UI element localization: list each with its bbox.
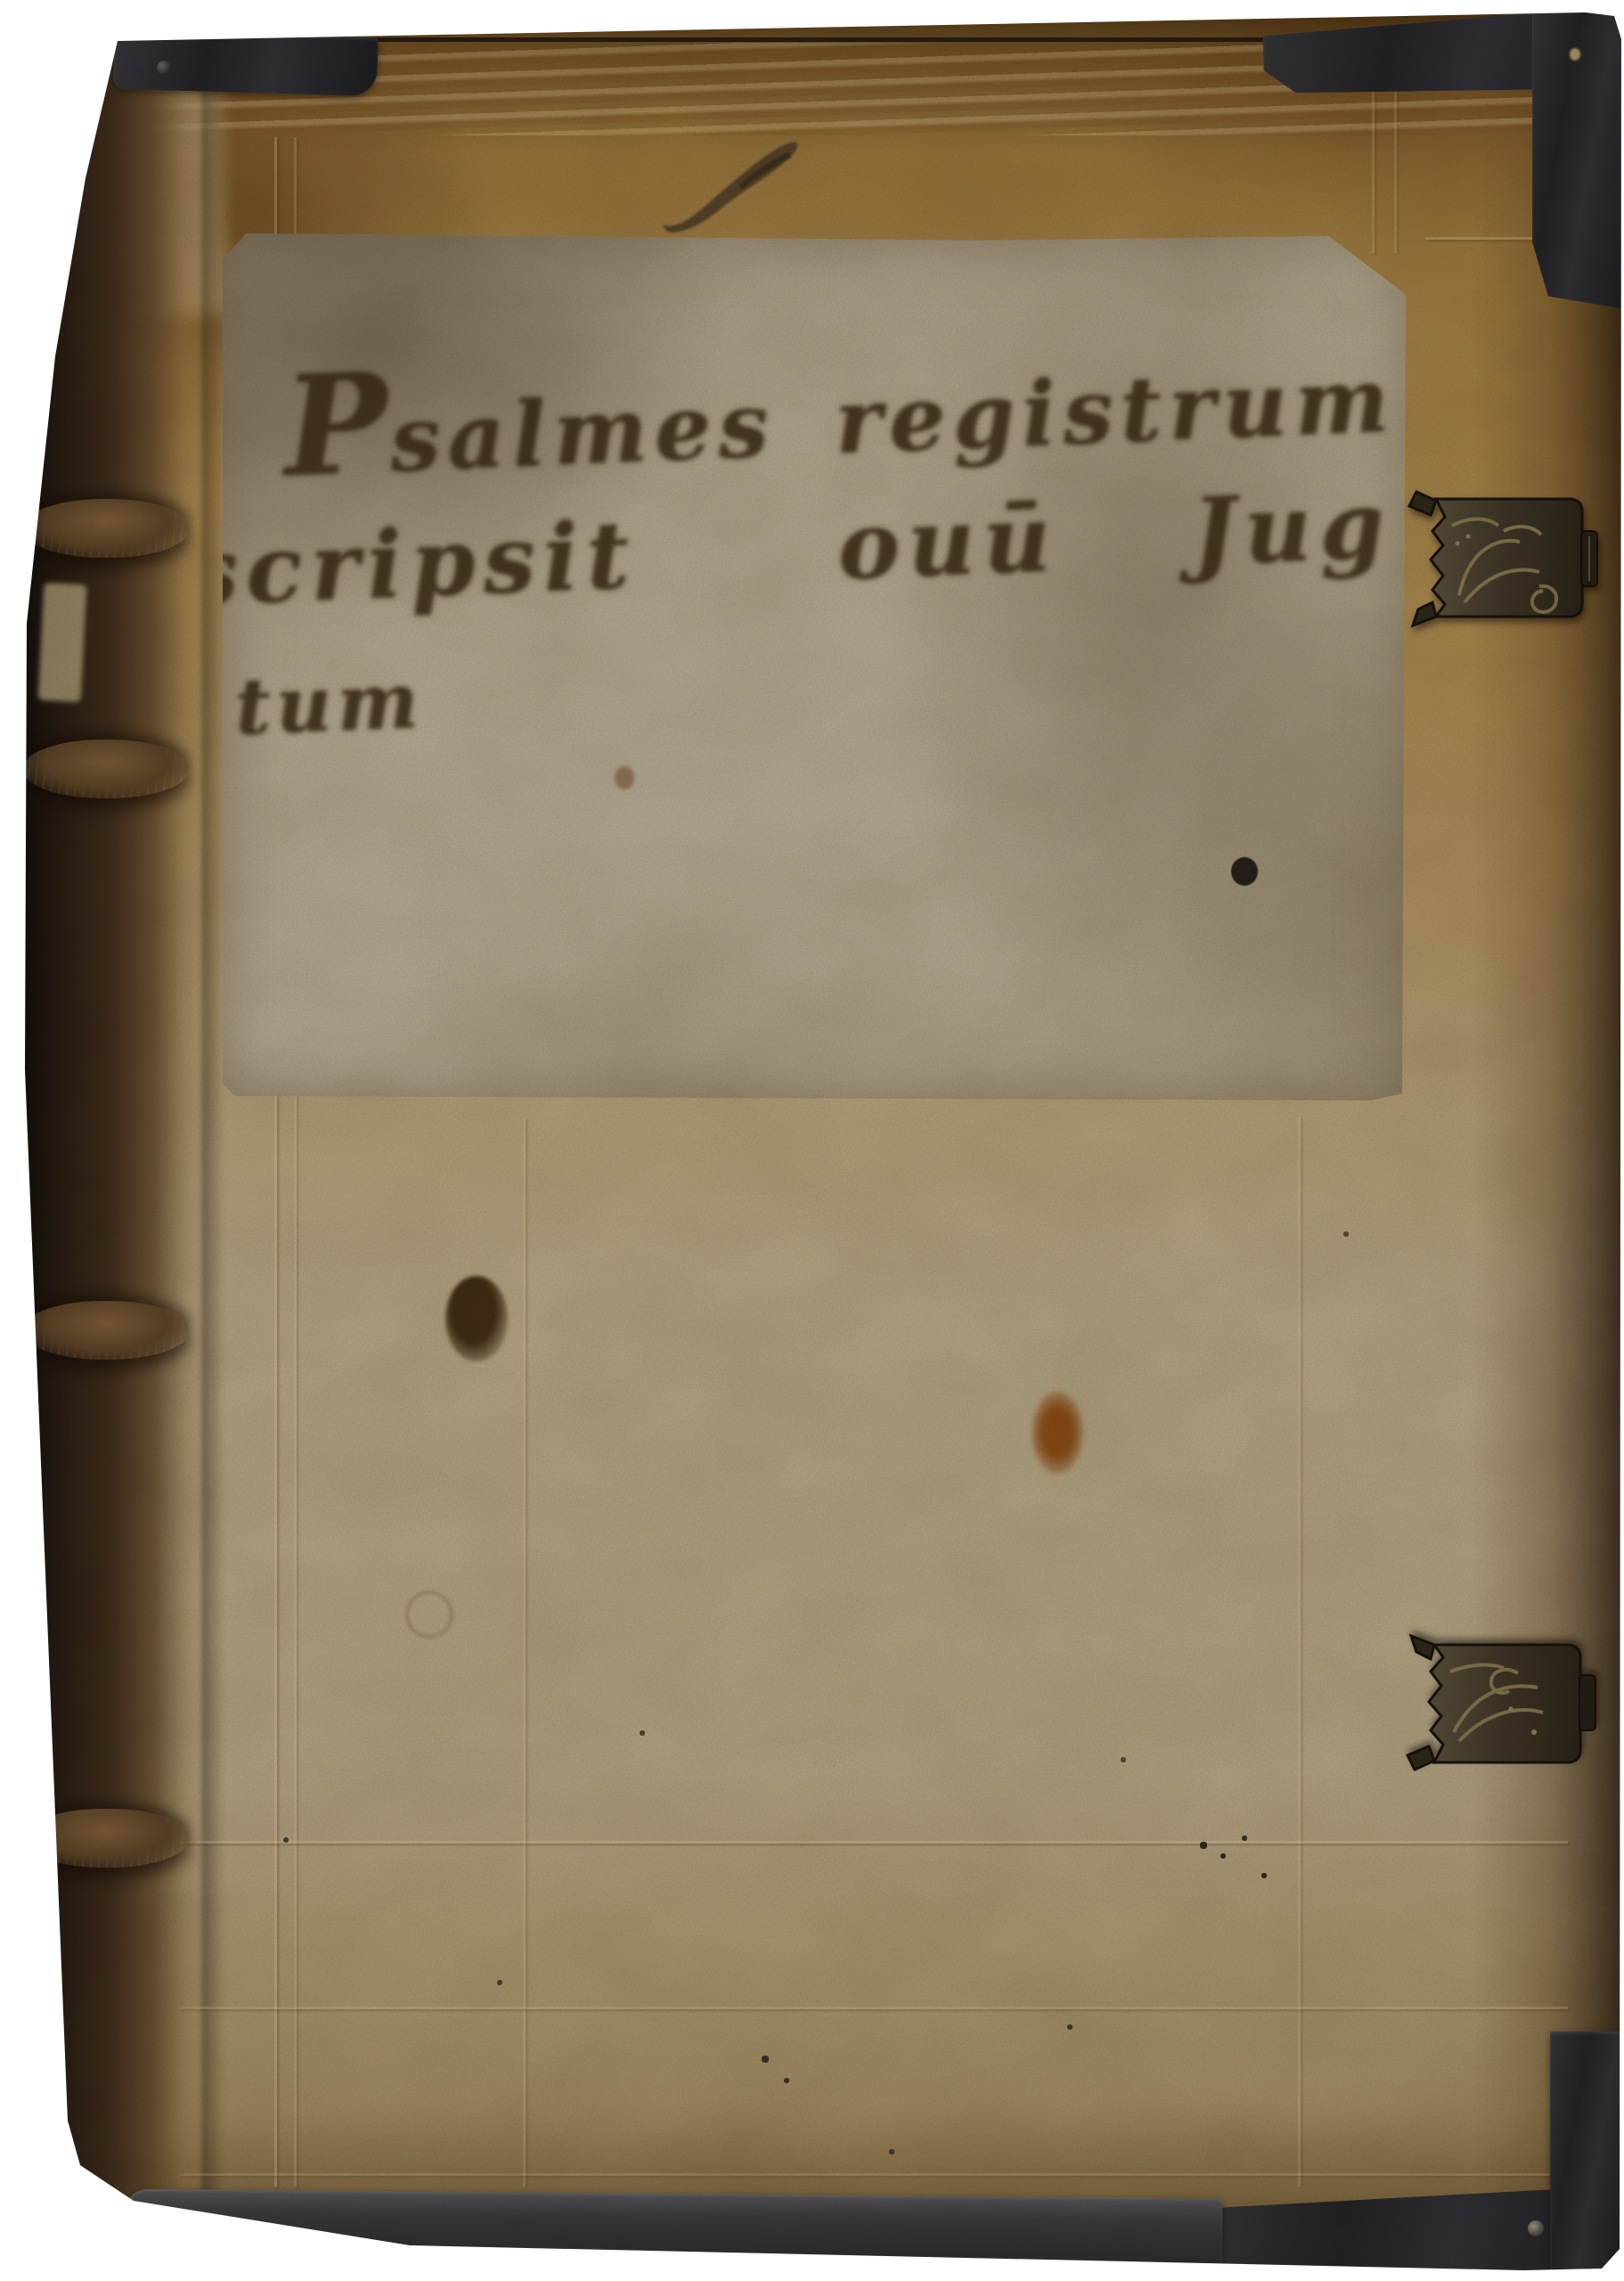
metal-corner-bottom-right-side [1550, 2032, 1621, 2277]
metal-edge-strip-bottom [125, 2189, 1223, 2276]
faint-round-stamp [405, 1590, 453, 1639]
parchment-title-label: Psalmes registrum in vij scripsit ouū J… [223, 233, 1406, 1100]
raised-spine-band [23, 499, 189, 558]
blind-tooling-line [178, 1841, 1568, 1844]
clasp-catch-plate-lower [1404, 1633, 1600, 1771]
raised-spine-band [23, 740, 189, 798]
dark-blob-stain [445, 1276, 508, 1361]
spine-edge [18, 12, 207, 2270]
blind-tooling-line [1298, 1117, 1301, 2187]
rivet [1528, 2220, 1544, 2236]
handwritten-title-line-3: tum [233, 656, 425, 753]
photo-background: Psalmes registrum in vij scripsit ouū J… [0, 0, 1624, 2281]
metal-corner-top-left [113, 30, 379, 96]
raised-spine-band [23, 1301, 189, 1360]
rivet [157, 61, 171, 75]
clasp-catch-plate-upper [1406, 490, 1602, 628]
blind-tooling-line [178, 2173, 1550, 2176]
blind-tooling-line [523, 1117, 526, 2187]
spine-ghost-label [38, 583, 87, 702]
rust-stain [1032, 1392, 1083, 1474]
ink-squiggle-mark [655, 132, 815, 246]
brass-glint [1570, 48, 1580, 61]
book-front-cover: Psalmes registrum in vij scripsit ouū J… [18, 12, 1621, 2270]
ink-spatter-specks [18, 12, 20, 14]
ink-dot-stain [1231, 857, 1258, 886]
blind-tooling-line [178, 2007, 1568, 2009]
raised-spine-band [23, 1809, 189, 1868]
small-brown-mark [615, 766, 634, 789]
